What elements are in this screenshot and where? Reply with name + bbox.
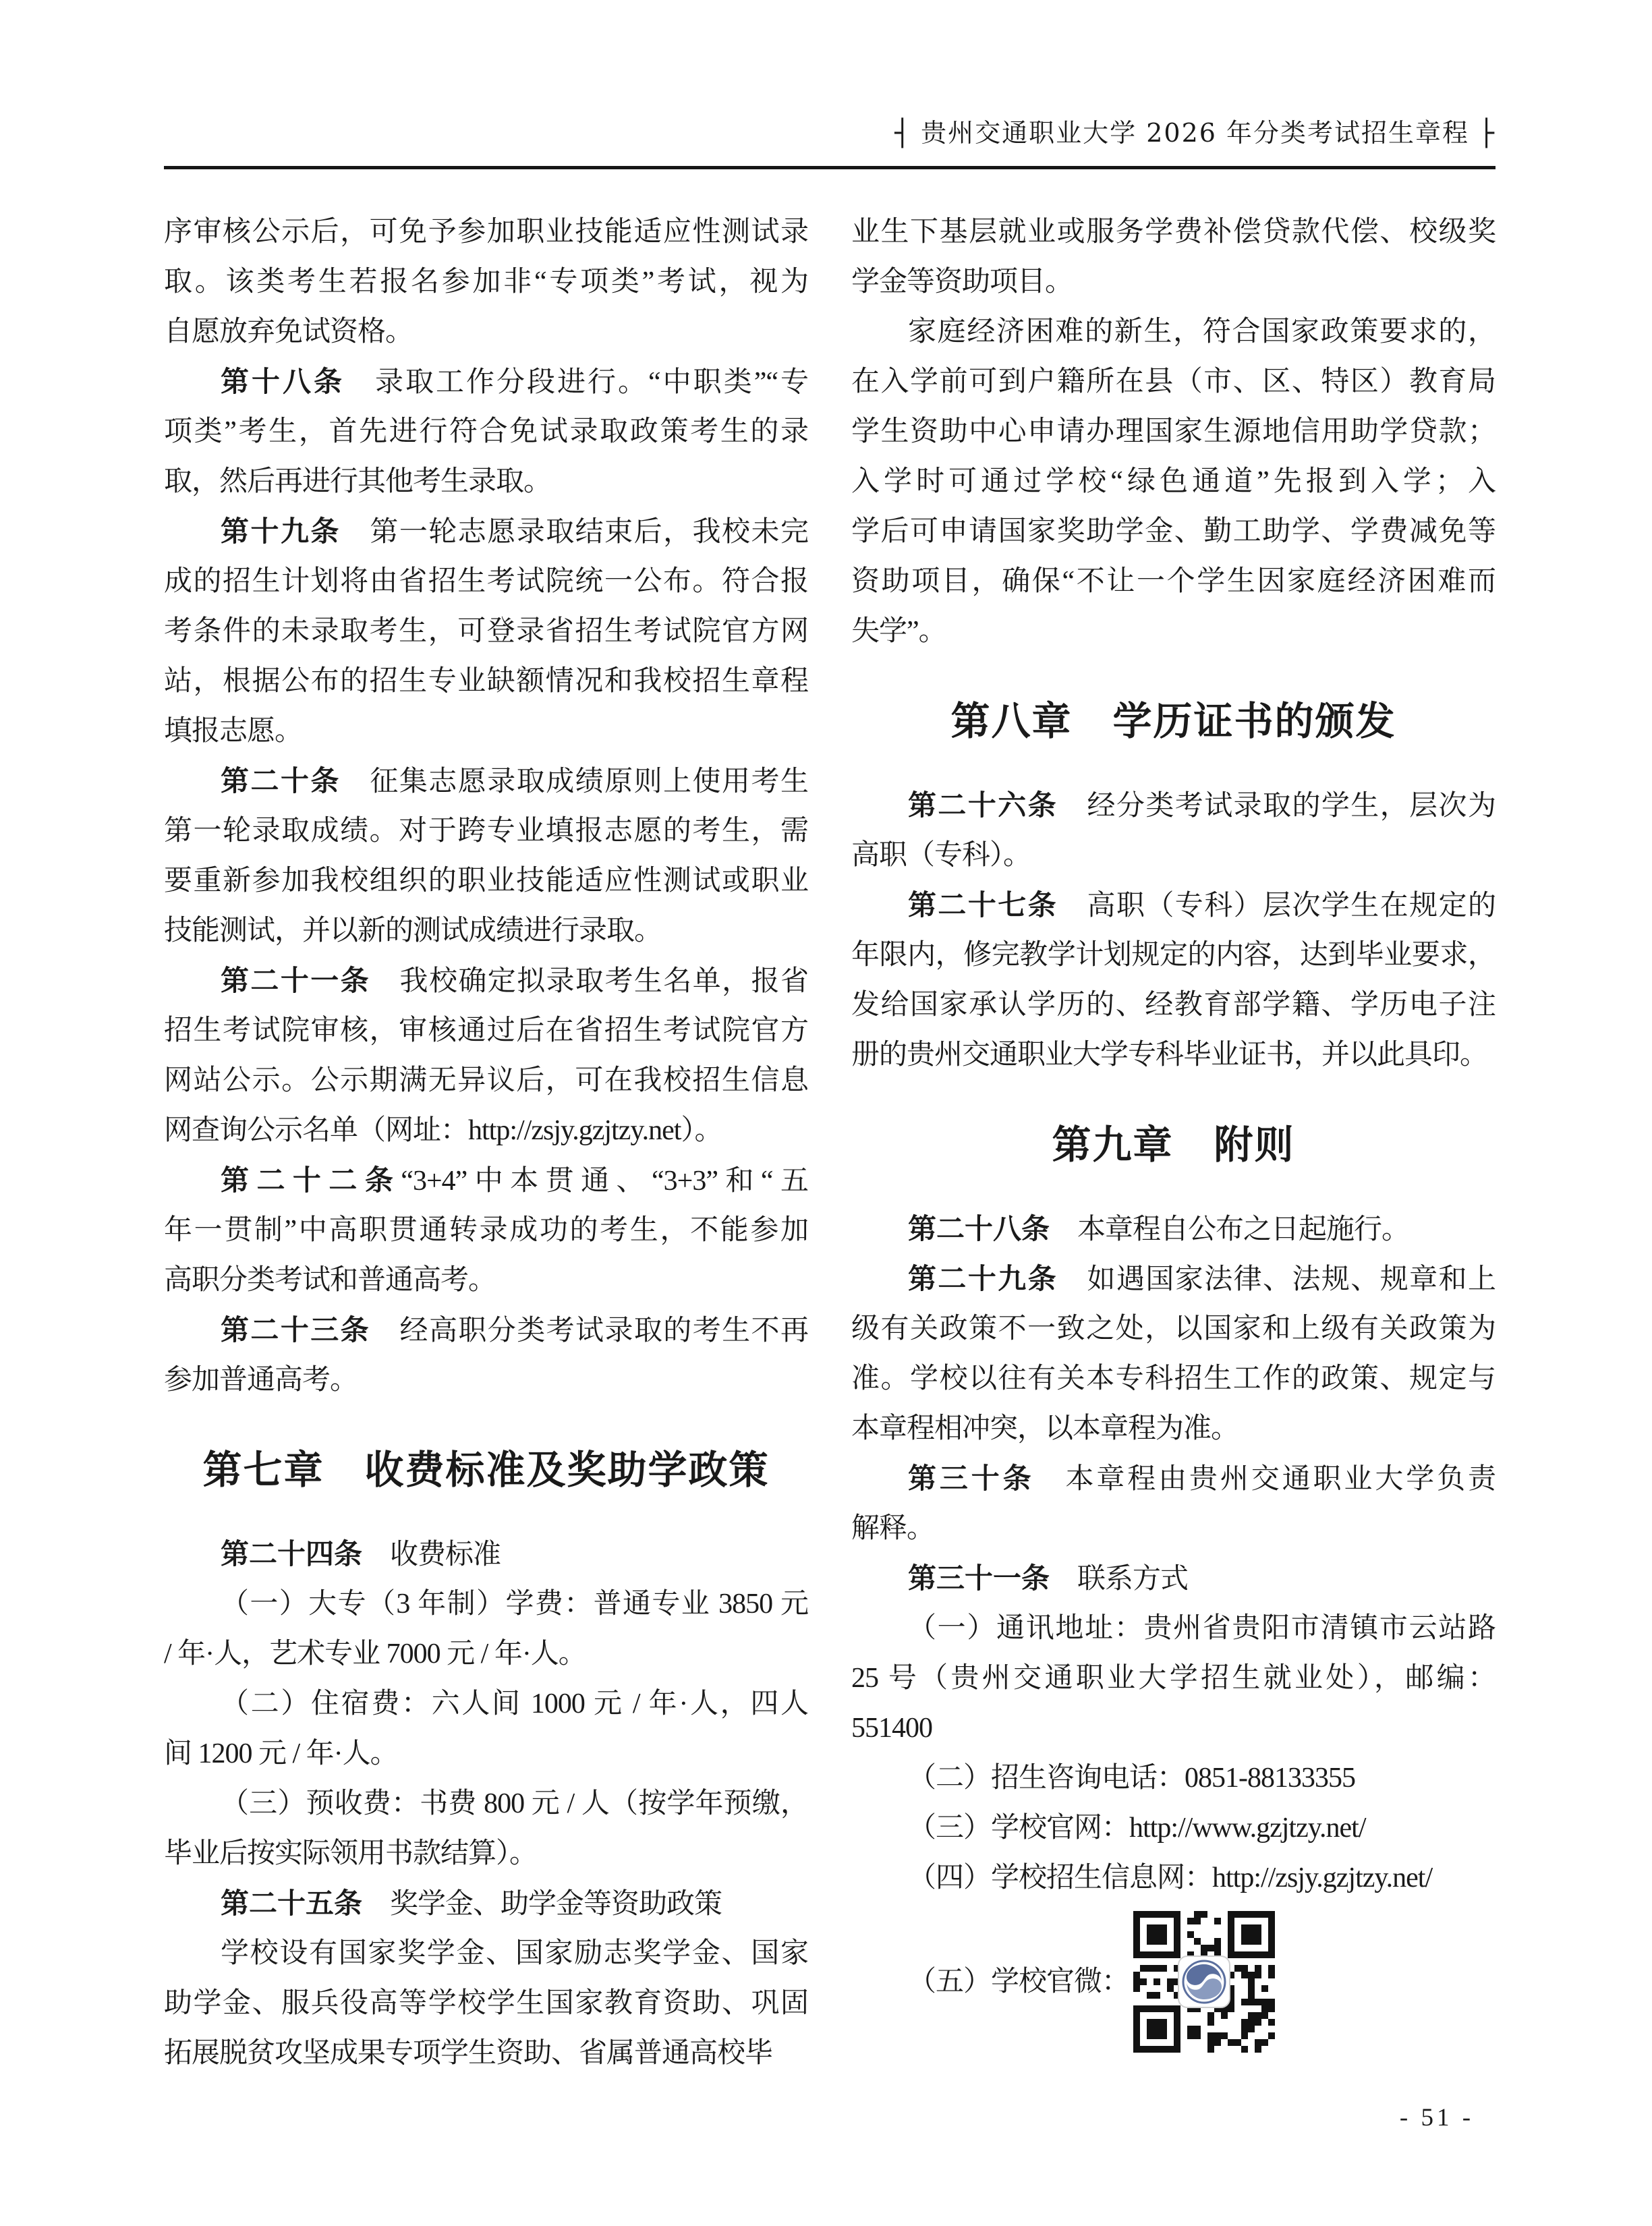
- article-number: 第二十九条: [908, 1263, 1058, 1294]
- text-line: 站，根据公布的招生专业缺额情况和我校招生章程: [164, 656, 808, 706]
- text-line: 高职分类考试和普通高考。: [164, 1255, 808, 1305]
- left-column: 序审核公示后，可免予参加职业技能适应性测试录取。该类考生若报名参加非“专项类”考…: [164, 207, 808, 2078]
- text-line: 要重新参加我校组织的职业技能适应性测试或职业: [164, 856, 808, 906]
- text-line: 资助项目，确保“不让一个学生因家庭经济困难而: [851, 556, 1496, 606]
- text-line: 第二十二条“3+4”中本贯通、“3+3”和“五: [164, 1155, 808, 1205]
- text-line: （一）大专（3 年制）学费：普通专业 3850 元: [164, 1579, 808, 1629]
- text-line: 在入学前可到户籍所在县（市、区、特区）教育局: [851, 357, 1496, 407]
- text-line: 考条件的未录取考生，可登录省招生考试院官方网: [164, 606, 808, 656]
- text-line: 第十九条 第一轮志愿录取结束后，我校未完: [164, 507, 808, 556]
- text-line: 第二十五条 奖学金、助学金等资助政策: [164, 1879, 808, 1929]
- article-number: 第二十三条: [221, 1314, 370, 1346]
- text-line: 助学金、服兵役高等学校学生国家教育资助、巩固: [164, 1978, 808, 2028]
- text-line: 第三十一条 联系方式: [851, 1553, 1496, 1603]
- text-line: 失学”。: [851, 606, 1496, 656]
- text-line: 项类”考生，首先进行符合免试录取政策考生的录: [164, 407, 808, 457]
- text-line: 取。该类考生若报名参加非“专项类”考试，视为: [164, 257, 808, 307]
- text-line: 第二十条 征集志愿录取成绩原则上使用考生: [164, 756, 808, 806]
- article-number: 第十八条: [221, 366, 345, 397]
- text-line: 序审核公示后，可免予参加职业技能适应性测试录: [164, 207, 808, 257]
- article-number: 第二十条: [221, 765, 341, 797]
- text-line: 第二十三条 经高职分类考试录取的考生不再: [164, 1305, 808, 1355]
- text-line: 网站公示。公示期满无异议后，可在我校招生信息: [164, 1056, 808, 1106]
- running-header: ┤ 贵州交通职业大学 2026 年分类考试招生章程 ├: [164, 112, 1496, 149]
- text-line: （三）预收费：书费 800 元 / 人（按学年预缴，: [164, 1779, 808, 1829]
- header-rule: [164, 166, 1496, 169]
- text-line: 技能测试，并以新的测试成绩进行录取。: [164, 906, 808, 956]
- text-line: （二）招生咨询电话：0851-88133355: [851, 1753, 1496, 1803]
- text-line: 参加普通高考。: [164, 1355, 808, 1405]
- text-line: 间 1200 元 / 年·人。: [164, 1729, 808, 1779]
- text-line: （二）住宿费：六人间 1000 元 / 年·人，四人: [164, 1679, 808, 1729]
- text-line: 第三十条 本章程由贵州交通职业大学负责: [851, 1454, 1496, 1504]
- text-line: 拓展脱贫攻坚成果专项学生资助、省属普通高校毕: [164, 2028, 808, 2078]
- chapter-heading: 第七章 收费标准及奖助学政策: [164, 1442, 808, 1499]
- text-line: 第二十四条 收费标准: [164, 1529, 808, 1579]
- text-columns: 序审核公示后，可免予参加职业技能适应性测试录取。该类考生若报名参加非“专项类”考…: [164, 207, 1496, 2078]
- text-line: 解释。: [851, 1504, 1496, 1553]
- text-line: 年限内，修完教学计划规定的内容，达到毕业要求，: [851, 930, 1496, 980]
- text-line: 发给国家承认学历的、经教育部学籍、学历电子注: [851, 980, 1496, 1030]
- text-line: 自愿放弃免试资格。: [164, 307, 808, 357]
- article-number: 第十九条: [221, 515, 341, 547]
- document-page: ┤ 贵州交通职业大学 2026 年分类考试招生章程 ├ 序审核公示后，可免予参加…: [0, 0, 1652, 2226]
- text-line: 准。学校以往有关本专科招生工作的政策、规定与: [851, 1354, 1496, 1404]
- article-number: 第二十七条: [908, 889, 1058, 921]
- wechat-qr-code: [1133, 1911, 1275, 2053]
- text-line: （一）通讯地址：贵州省贵阳市清镇市云站路: [851, 1603, 1496, 1653]
- text-line: （四）学校招生信息网：http://zsjy.gzjtzy.net/: [851, 1853, 1496, 1903]
- text-line: 高职（专科）。: [851, 830, 1496, 880]
- text-line: 学金等资助项目。: [851, 257, 1496, 307]
- text-line: （三）学校官网：http://www.gzjtzy.net/: [851, 1803, 1496, 1853]
- text-line: 25 号（贵州交通职业大学招生就业处），邮编：: [851, 1653, 1496, 1703]
- text-line: 第二十六条 经分类考试录取的学生，层次为: [851, 780, 1496, 830]
- text-line: 第十八条 录取工作分段进行。“中职类”“专: [164, 357, 808, 407]
- text-line: 家庭经济困难的新生，符合国家政策要求的，: [851, 307, 1496, 357]
- text-line: 毕业后按实际领用书款结算）。: [164, 1829, 808, 1879]
- text-line: 本章程相冲突，以本章程为准。: [851, 1404, 1496, 1454]
- text-line: 第二十一条 我校确定拟录取考生名单，报省: [164, 956, 808, 1006]
- text-line: 取，然后再进行其他考生录取。: [164, 457, 808, 507]
- article-number: 第二十八条: [908, 1213, 1050, 1245]
- text-line: 第二十七条 高职（专科）层次学生在规定的: [851, 880, 1496, 930]
- page-number: - 51 -: [1356, 2103, 1518, 2132]
- text-line: 填报志愿。: [164, 706, 808, 756]
- school-wechat-row: （五）学校官微：: [851, 1911, 1496, 2053]
- text-line: 招生考试院审核，审核通过后在省招生考试院官方: [164, 1006, 808, 1056]
- text-line: 第二十九条 如遇国家法律、法规、规章和上: [851, 1254, 1496, 1304]
- right-column: 业生下基层就业或服务学费补偿贷款代偿、校级奖学金等资助项目。家庭经济困难的新生，…: [851, 207, 1496, 2053]
- school-logo: [1178, 1956, 1230, 2007]
- text-line: 551400: [851, 1703, 1496, 1753]
- text-line: 级有关政策不一致之处，以国家和上级有关政策为: [851, 1304, 1496, 1354]
- text-line: 年一贯制”中高职贯通转录成功的考生，不能参加: [164, 1205, 808, 1255]
- text-line: / 年·人，艺术专业 7000 元 / 年·人。: [164, 1629, 808, 1679]
- text-line: 学生资助中心申请办理国家生源地信用助学贷款；: [851, 407, 1496, 457]
- article-number: 第二十六条: [908, 789, 1058, 821]
- text-line: 网查询公示名单（网址：http://zsjy.gzjtzy.net）。: [164, 1106, 808, 1155]
- text-line: 成的招生计划将由省招生考试院统一公布。符合报: [164, 556, 808, 606]
- text-line: 册的贵州交通职业大学专科毕业证书，并以此具印。: [851, 1030, 1496, 1080]
- chapter-heading: 第九章 附则: [851, 1117, 1496, 1174]
- chapter-heading: 第八章 学历证书的颁发: [851, 693, 1496, 750]
- text-line: 第一轮录取成绩。对于跨专业填报志愿的考生，需: [164, 806, 808, 856]
- article-number: 第二十四条: [221, 1538, 362, 1570]
- text-line: 学校设有国家奖学金、国家励志奖学金、国家: [164, 1929, 808, 1978]
- text-line: 业生下基层就业或服务学费补偿贷款代偿、校级奖: [851, 207, 1496, 257]
- text-line: 入学时可通过学校“绿色通道”先报到入学；入: [851, 457, 1496, 507]
- article-number: 第三十条: [908, 1462, 1035, 1494]
- text-line: 第二十八条 本章程自公布之日起施行。: [851, 1204, 1496, 1254]
- article-number: 第二十二条: [221, 1164, 401, 1196]
- qr-label: （五）学校官微：: [851, 1957, 1129, 2007]
- article-number: 第二十一条: [221, 965, 370, 996]
- article-number: 第二十五条: [221, 1887, 362, 1919]
- text-line: 学后可申请国家奖助学金、勤工助学、学费减免等: [851, 507, 1496, 556]
- article-number: 第三十一条: [908, 1562, 1050, 1594]
